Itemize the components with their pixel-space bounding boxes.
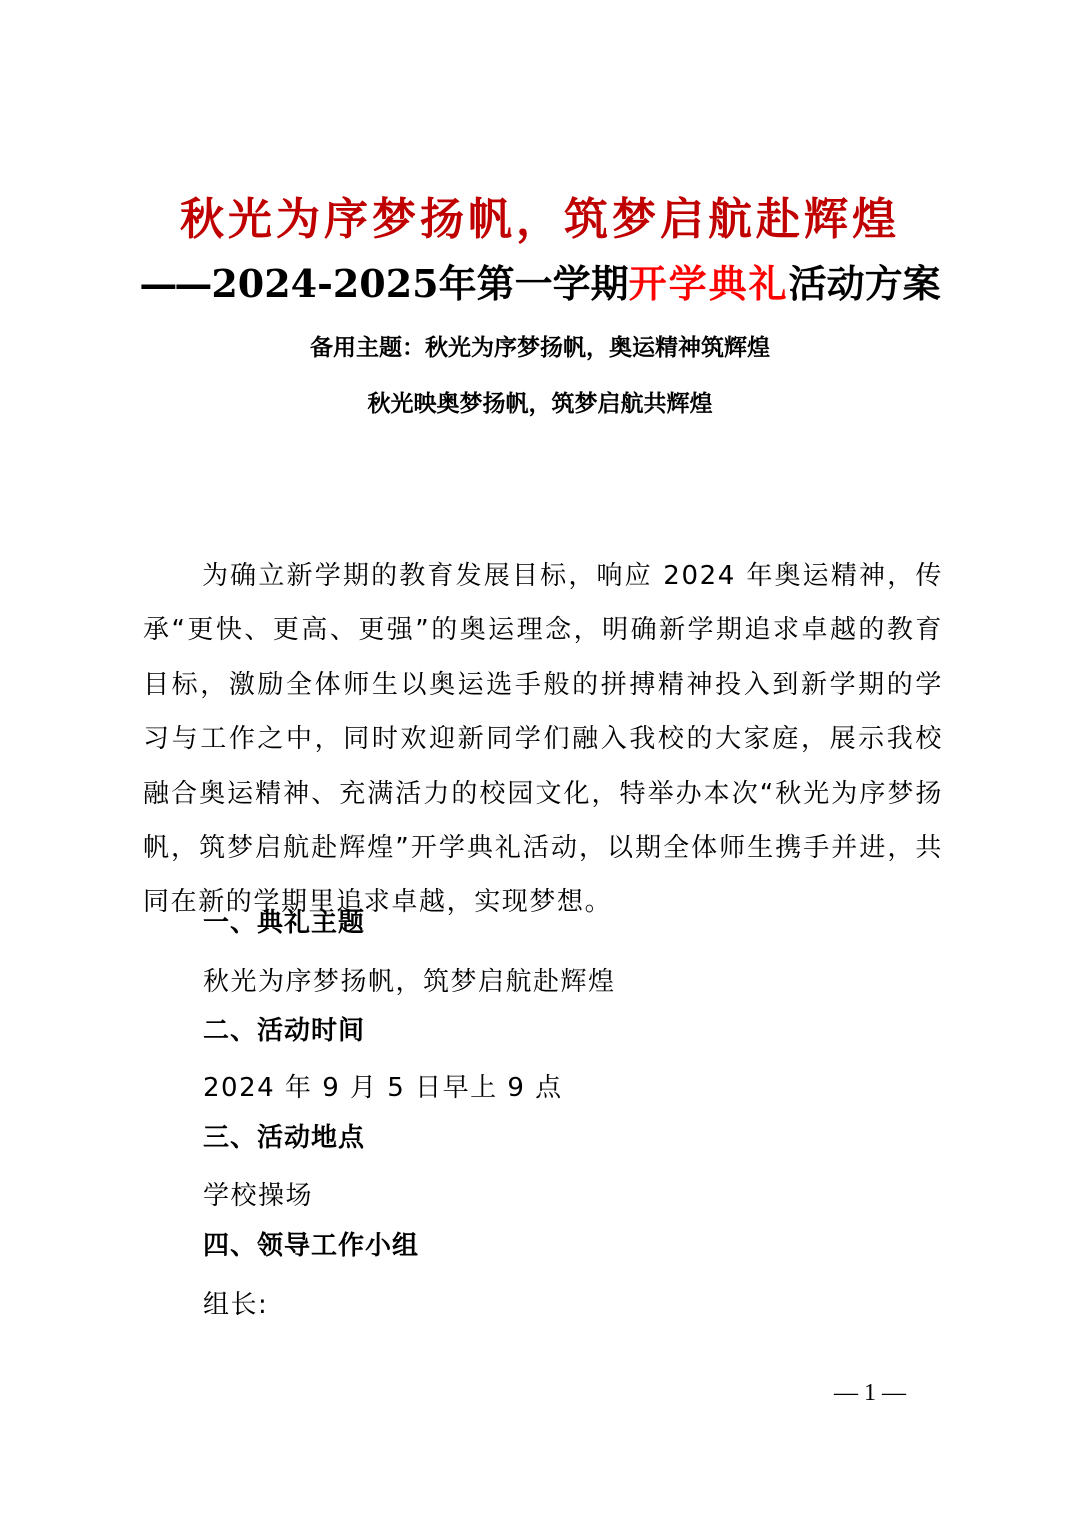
document-title: 秋光为序梦扬帆，筑梦启航赴辉煌 [0,190,1080,250]
section-heading-theme: 一、典礼主题 [203,903,365,943]
subtitle-dash: —— [139,261,209,306]
section-content-time: 2024 年 9 月 5 日早上 9 点 [203,1068,563,1108]
subtitle-accent: 开学典礼 [629,261,789,306]
subtitle-suffix: 活动方案 [789,261,941,306]
section-heading-time: 二、活动时间 [203,1011,365,1051]
document-page: 秋光为序梦扬帆，筑梦启航赴辉煌 ——2024-2025年第一学期开学典礼活动方案… [0,0,1080,1527]
intro-paragraph: 为确立新学期的教育发展目标，响应 2024 年奥运精神，传承“更快、更高、更强”… [143,549,943,930]
section-content-theme: 秋光为序梦扬帆，筑梦启航赴辉煌 [203,962,616,1002]
subtitle-prefix: 2024-2025年第一学期 [211,261,628,306]
title-main-text: 秋光为序梦扬帆，筑梦启航赴辉煌 [180,194,900,245]
document-subtitle: ——2024-2025年第一学期开学典礼活动方案 [0,256,1080,312]
alternate-theme-line-2: 秋光映奥梦扬帆，筑梦启航共辉煌 [0,387,1080,421]
section-heading-location: 三、活动地点 [203,1118,365,1158]
page-number: — 1 — [810,1376,930,1410]
section-heading-leadership: 四、领导工作小组 [203,1226,419,1266]
alternate-theme-line-1: 备用主题：秋光为序梦扬帆，奥运精神筑辉煌 [0,331,1080,365]
section-content-location: 学校操场 [203,1176,313,1216]
section-content-leadership: 组长: [203,1285,268,1325]
